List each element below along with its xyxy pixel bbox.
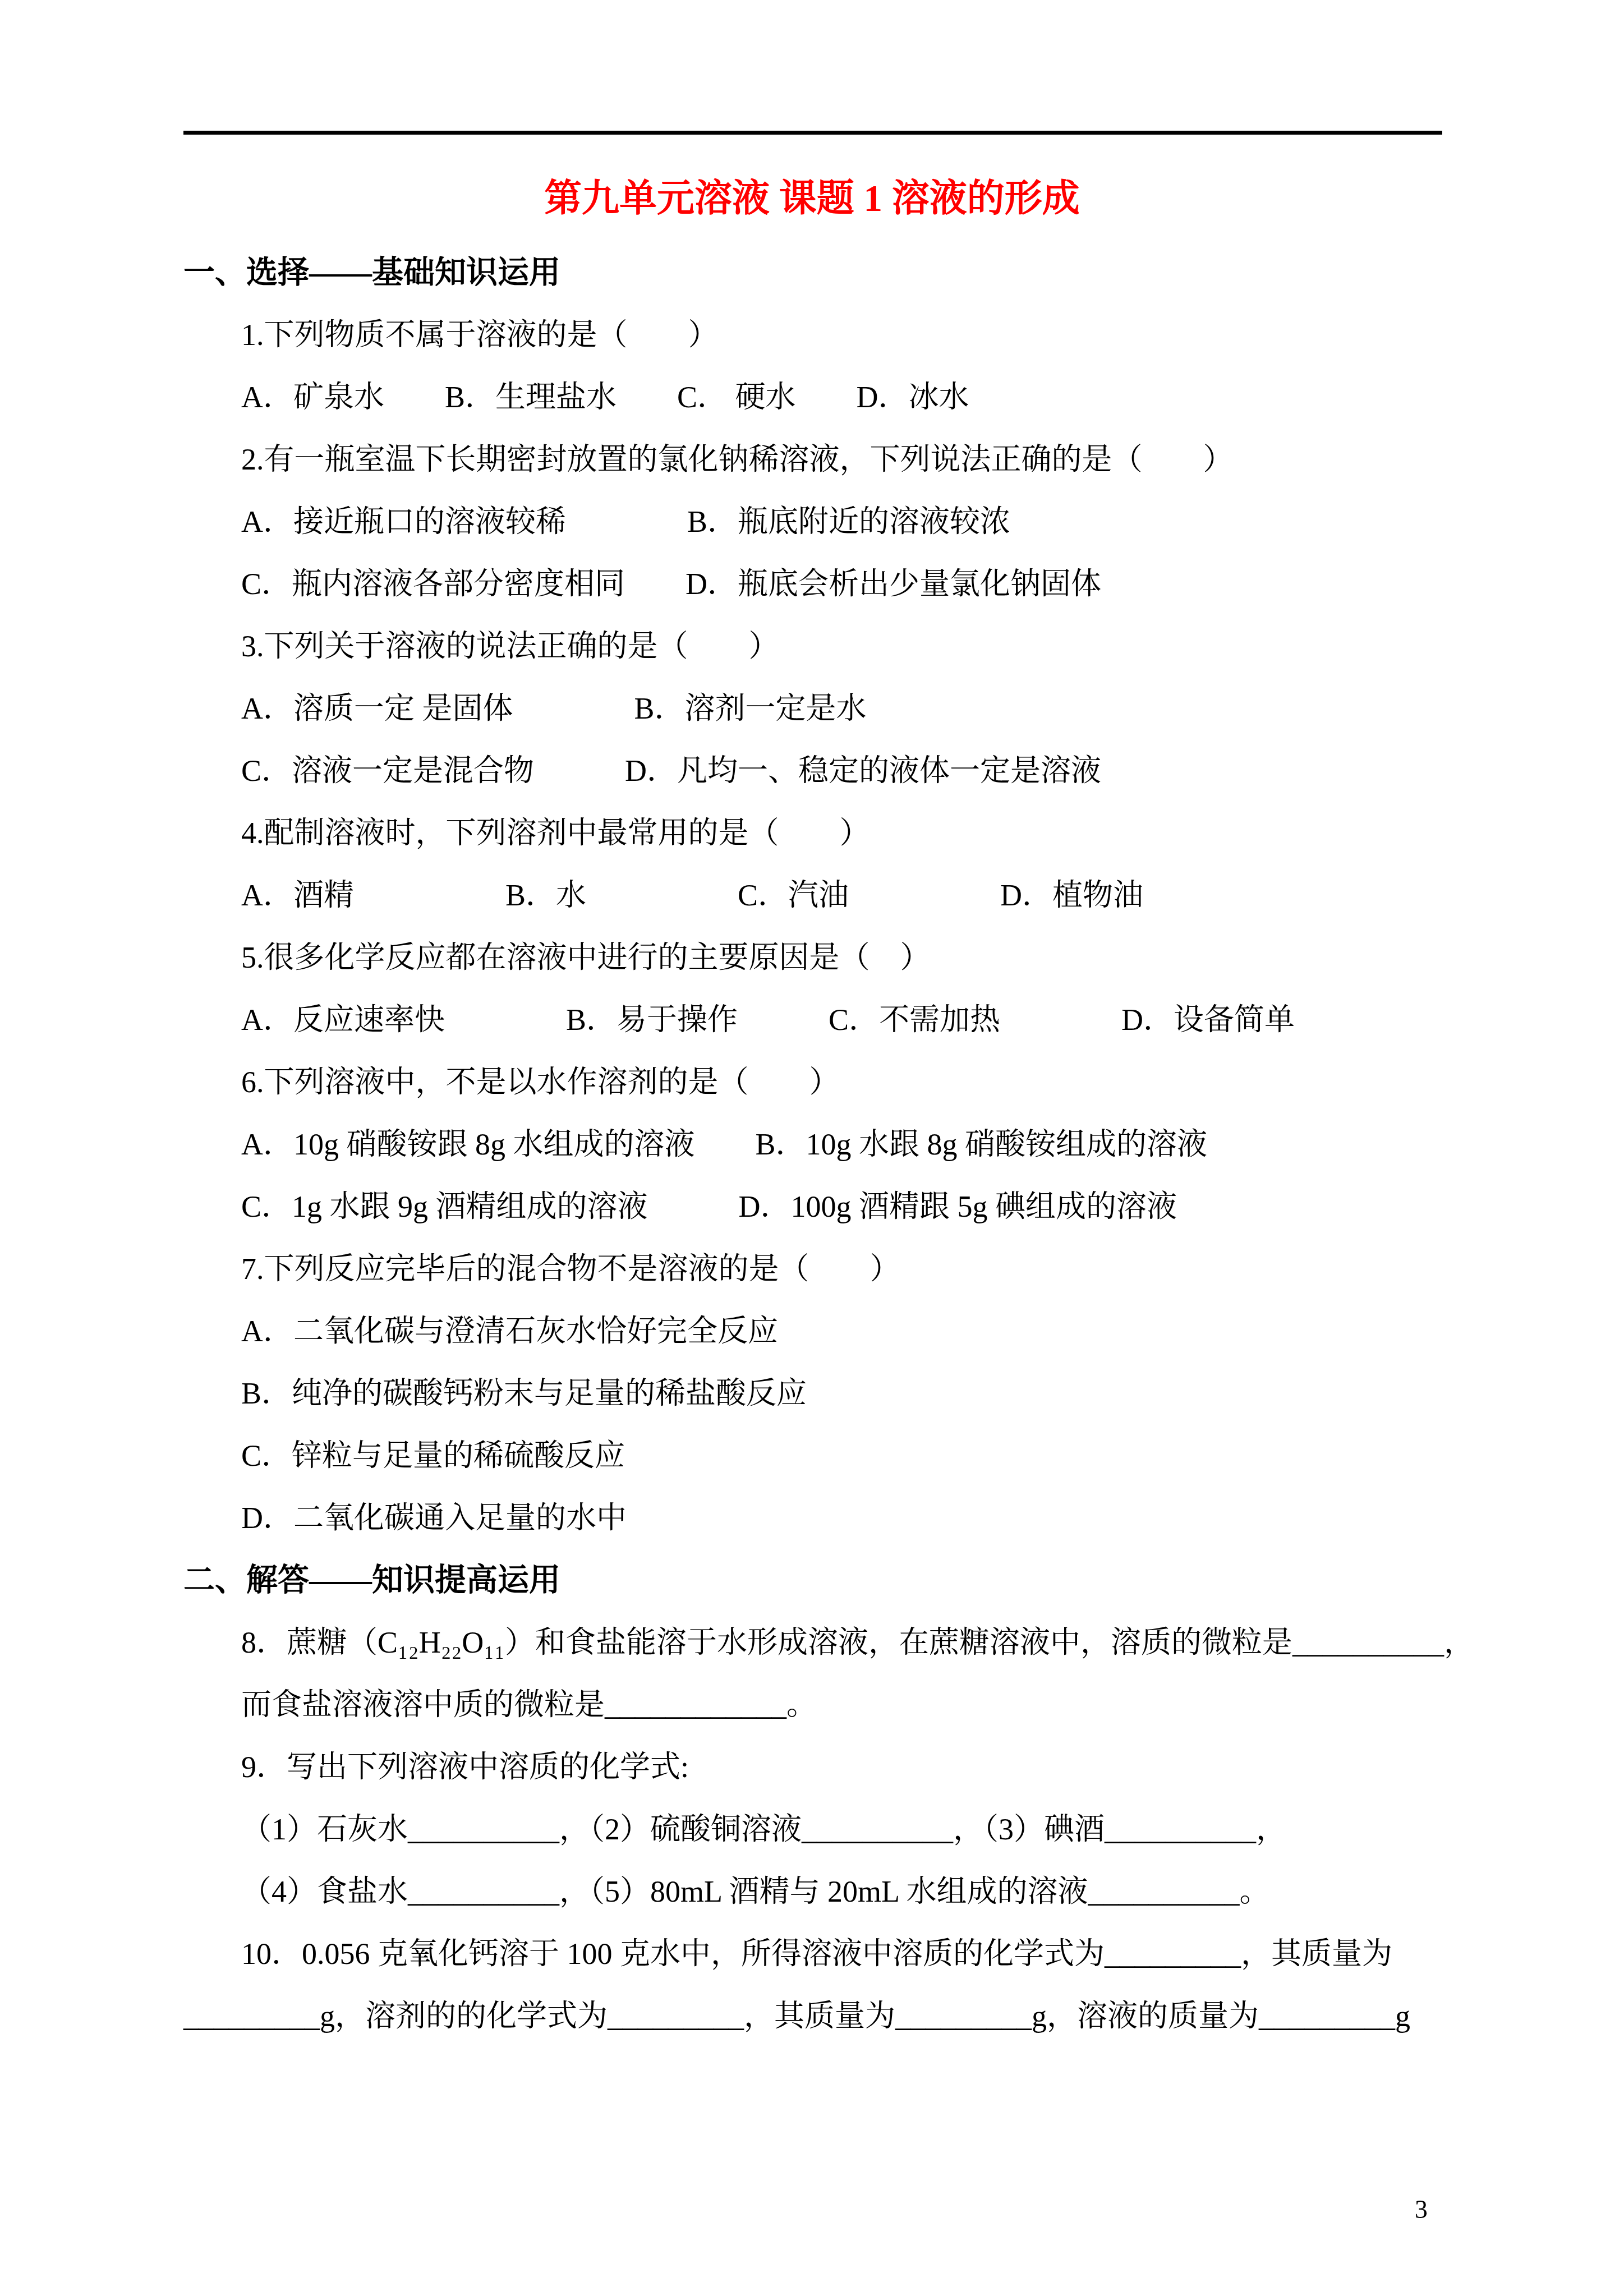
question-6-options-ab: A．10g 硝酸铵跟 8g 水组成的溶液 B．10g 水跟 8g 硝酸铵组成的溶…: [0, 1127, 1624, 1162]
question-7-option-d: D．二氧化碳通入足量的水中: [0, 1501, 1624, 1535]
question-3-options-cd: C．溶液一定是混合物 D．凡均一、稳定的液体一定是溶液: [0, 753, 1624, 788]
question-5-options: A．反应速率快 B．易于操作 C．不需加热 D．设备简单: [0, 1002, 1624, 1037]
page-title: 第九单元溶液 课题 1 溶液的形成: [0, 168, 1624, 222]
header-rule: [183, 131, 1442, 135]
section-choice-heading: 一、选择——基础知识运用: [0, 255, 1624, 290]
worksheet-page: 第九单元溶液 课题 1 溶液的形成 一、选择——基础知识运用 1.下列物质不属于…: [0, 0, 1624, 2296]
question-2-text: 2.有一瓶室温下长期密封放置的氯化钠稀溶液，下列说法正确的是（ ）: [0, 442, 1624, 477]
question-4-options: A．酒精 B．水 C．汽油 D．植物油: [0, 878, 1624, 913]
section-answer-heading: 二、解答——知识提高运用: [0, 1563, 1624, 1598]
question-3-text: 3.下列关于溶液的说法正确的是（ ）: [0, 629, 1624, 664]
question-7-option-c: C．锌粒与足量的稀硫酸反应: [0, 1438, 1624, 1473]
question-3-options-ab: A．溶质一定 是固体 B．溶剂一定是水: [0, 691, 1624, 726]
question-10-line-1: 10．0.056 克氧化钙溶于 100 克水中，所得溶液中溶质的化学式为____…: [0, 1936, 1624, 1971]
question-7-option-b: B．纯净的碳酸钙粉末与足量的稀盐酸反应: [0, 1376, 1624, 1411]
question-7-text: 7.下列反应完毕后的混合物不是溶液的是（ ）: [0, 1251, 1624, 1286]
question-7-option-a: A．二氧化碳与澄清石灰水恰好完全反应: [0, 1314, 1624, 1349]
question-6-options-cd: C．1g 水跟 9g 酒精组成的溶液 D．100g 酒精跟 5g 碘组成的溶液: [0, 1189, 1624, 1224]
question-2-options-cd: C．瓶内溶液各部分密度相同 D．瓶底会析出少量氯化钠固体: [0, 567, 1624, 601]
worksheet-content: 一、选择——基础知识运用 1.下列物质不属于溶液的是（ ） A．矿泉水 B．生理…: [0, 255, 1624, 2061]
page-number: 3: [1415, 2194, 1428, 2224]
question-9-text: 9．写出下列溶液中溶质的化学式:: [0, 1750, 1624, 1784]
question-10-line-2: _________g，溶剂的的化学式为_________，其质量为_______…: [0, 1999, 1624, 2033]
question-5-text: 5.很多化学反应都在溶液中进行的主要原因是（ ）: [0, 940, 1624, 975]
question-4-text: 4.配制溶液时，下列溶剂中最常用的是（ ）: [0, 816, 1624, 850]
question-1-text: 1.下列物质不属于溶液的是（ ）: [0, 318, 1624, 352]
question-1-options: A．矿泉水 B．生理盐水 C． 硬水 D．冰水: [0, 380, 1624, 415]
question-6-text: 6.下列溶液中，不是以水作溶剂的是（ ）: [0, 1065, 1624, 1099]
question-8-line-2: 而食盐溶液溶中质的微粒是____________。: [0, 1687, 1624, 1722]
question-8-line-1: 8．蔗糖（C₁₂H₂₂O₁₁）和食盐能溶于水形成溶液，在蔗糖溶液中，溶质的微粒是…: [0, 1625, 1624, 1660]
question-9-items-1-3: （1）石灰水__________，（2）硫酸铜溶液__________，（3）碘…: [0, 1812, 1624, 1847]
question-9-items-4-5: （4）食盐水__________，（5）80mL 酒精与 20mL 水组成的溶液…: [0, 1874, 1624, 1909]
question-2-options-ab: A．接近瓶口的溶液较稀 B．瓶底附近的溶液较浓: [0, 504, 1624, 539]
